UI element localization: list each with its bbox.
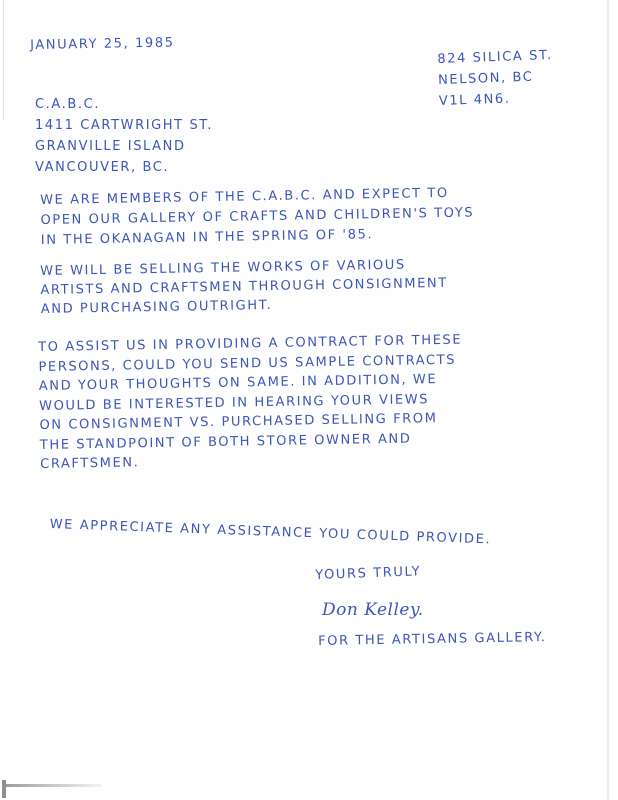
body-paragraph: To assist us in providing a contract for…	[38, 331, 464, 475]
scan-edge-bottom	[2, 784, 102, 787]
sender-address: 824 Silica St. Nelson, BC V1L 4N6.	[437, 45, 555, 112]
scan-edge-corner	[2, 780, 6, 798]
signature: Don Kelley.	[322, 600, 424, 620]
recipient-address-line: Vancouver, BC.	[35, 157, 213, 178]
body-paragraph: We appreciate any assistance you could p…	[49, 517, 491, 547]
paragraph-line: We appreciate any assistance you could p…	[49, 517, 491, 547]
body-paragraph: We will be selling the works of various …	[40, 255, 448, 319]
recipient-address-line: Granville Island	[35, 136, 213, 157]
sender-address-line: 824 Silica St.	[437, 45, 553, 70]
letter-closing: Yours Truly	[315, 564, 421, 583]
letter-page: January 25, 1985 824 Silica St. Nelson, …	[0, 0, 618, 800]
scan-edge-left	[3, 0, 4, 120]
organization-line: For the Artisans Gallery.	[318, 630, 547, 649]
recipient-address-line: C.A.B.C.	[35, 94, 213, 115]
letter-date: January 25, 1985	[30, 35, 175, 53]
scan-edge-right	[607, 0, 609, 800]
recipient-address: C.A.B.C. 1411 Cartwright St. Granville I…	[35, 94, 213, 178]
recipient-address-line: 1411 Cartwright St.	[35, 115, 213, 136]
sender-address-line: V1L 4N6.	[438, 87, 554, 112]
body-paragraph: We are members of the C.A.B.C. and expec…	[40, 183, 475, 251]
